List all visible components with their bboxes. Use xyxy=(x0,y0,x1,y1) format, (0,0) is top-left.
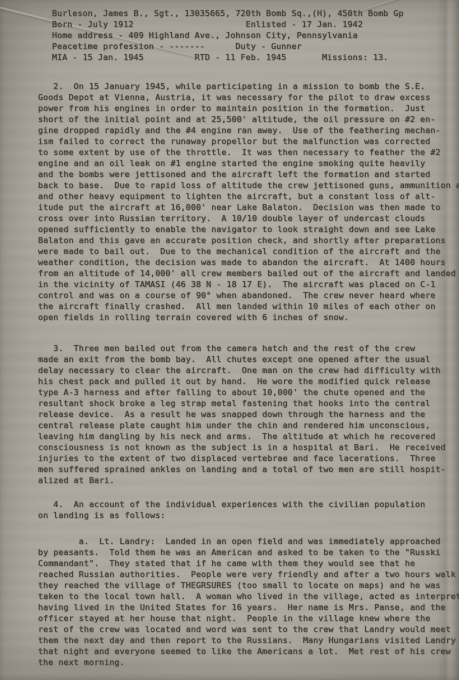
document-page: Burleson, James B., Sgt., 13035665, 720t… xyxy=(0,0,459,680)
service-record-header: Burleson, James B., Sgt., 13035665, 720t… xyxy=(52,8,404,63)
paragraph-bailout-account: 3. Three men bailed out from the camera … xyxy=(38,343,446,486)
paragraph-mission-narrative: 2. On 15 January 1945, while participati… xyxy=(38,81,459,323)
paragraph-lt-landry-account: a. Lt. Landry: Landed in an open field a… xyxy=(38,536,459,668)
paragraph-civilian-experiences-intro: 4. An account of the individual experien… xyxy=(38,499,425,521)
